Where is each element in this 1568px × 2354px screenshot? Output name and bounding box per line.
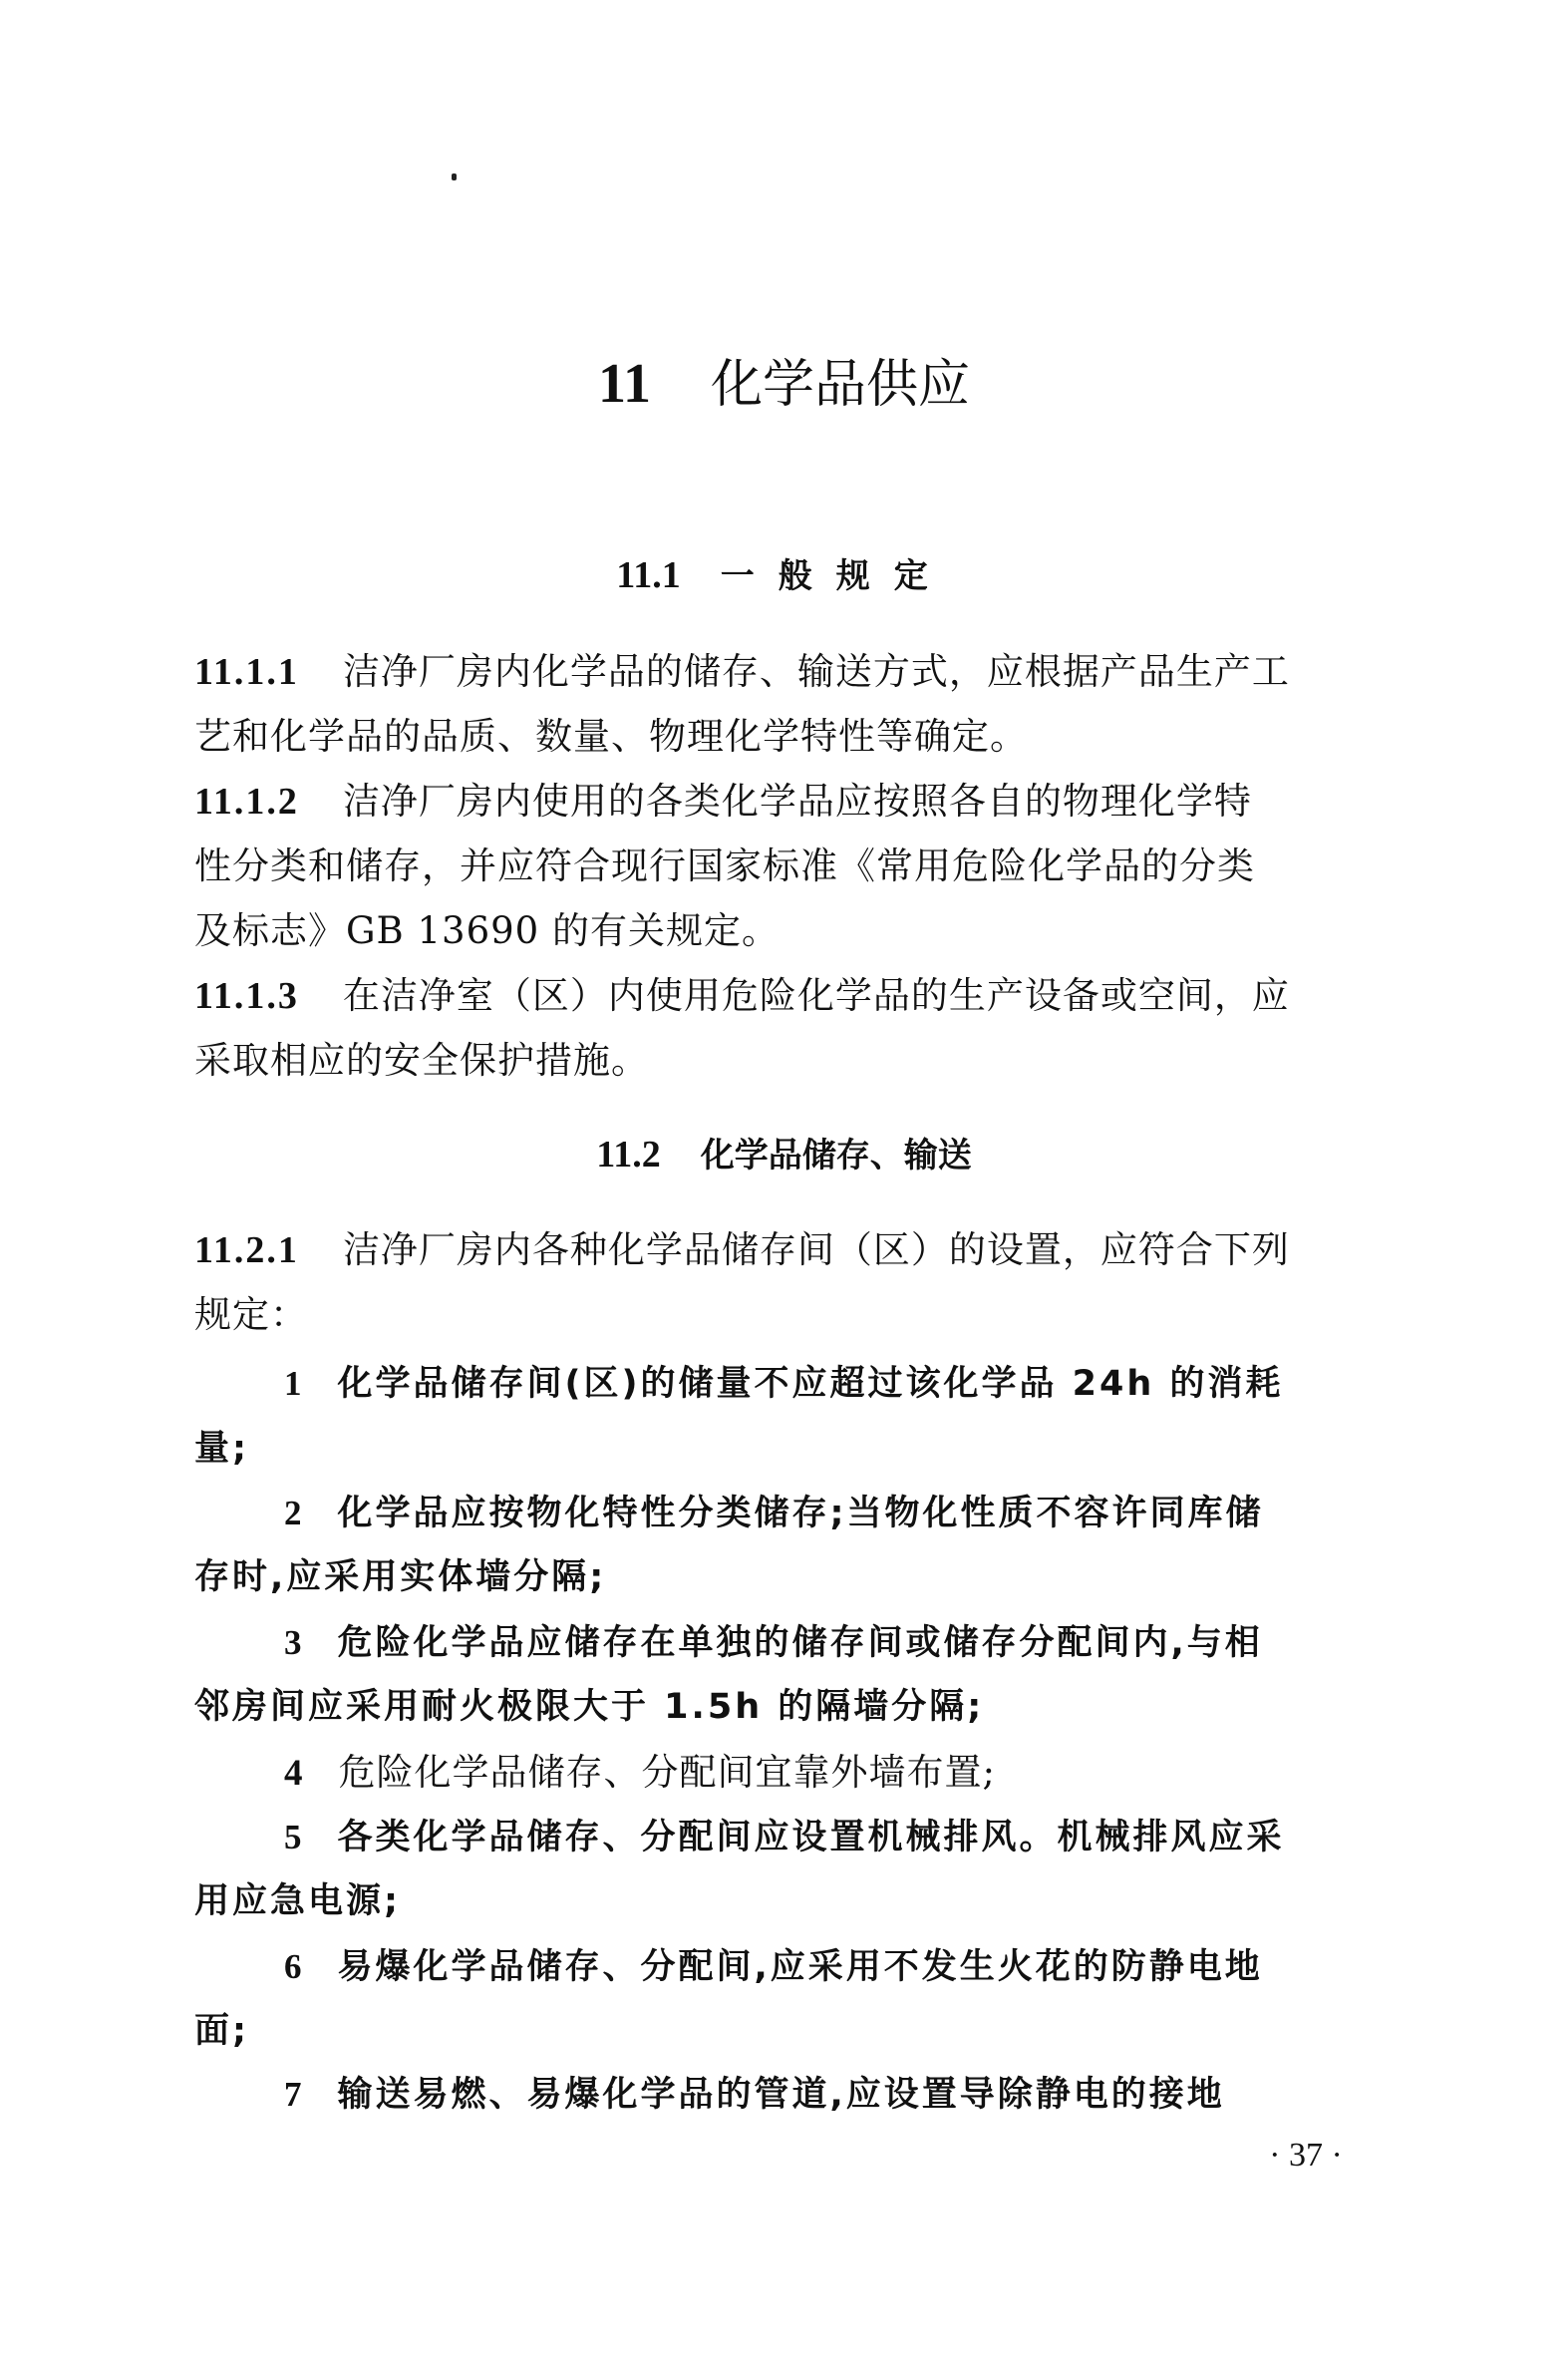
clause-text-line: 性分类和储存，并应符合现行国家标准《常用危险化学品的分类 <box>194 834 1396 898</box>
clause-text: 在洁净室（区）内使用危险化学品的生产设备或空间，应 <box>343 974 1290 1017</box>
item-number: 7 <box>284 2075 302 2114</box>
scan-speck <box>452 173 457 180</box>
list-item-7: 7输送易燃、易爆化学品的管道,应设置导除静电的接地 <box>284 2062 1396 2127</box>
item-number: 1 <box>284 1364 302 1403</box>
item-text: 各类化学品储存、分配间应设置机械排风。机械排风应采 <box>338 1818 1285 1857</box>
chapter-title-text: 化学品供应 <box>711 355 970 415</box>
section-number: 11.2 <box>596 1134 660 1176</box>
chapter-title: 11化学品供应 <box>0 349 1568 419</box>
section-number: 11.1 <box>616 554 680 596</box>
item-number: 6 <box>284 1947 302 1986</box>
clause-11-1-2: 11.1.2洁净厂房内使用的各类化学品应按照各自的物理化学特 <box>194 769 1396 834</box>
item-text: 化学品储存间(区)的储量不应超过该化学品 24h 的消耗 <box>338 1364 1284 1404</box>
page-number: · 37 · <box>1236 2134 1376 2178</box>
section-heading-11-1: 11.1一般规定 <box>0 550 1568 600</box>
item-text-line: 邻房间应采用耐火极限大于 1.5h 的隔墙分隔; <box>194 1675 1396 1740</box>
clause-11-1-3: 11.1.3在洁净室（区）内使用危险化学品的生产设备或空间，应 <box>194 963 1396 1028</box>
clause-number: 11.1.1 <box>194 651 299 693</box>
item-text: 易爆化学品储存、分配间,应采用不发生火花的防静电地 <box>338 1947 1263 1987</box>
clause-text-line: 及标志》GB 13690 的有关规定。 <box>194 898 1396 963</box>
section-heading-11-2: 11.2化学品储存、输送 <box>0 1130 1568 1179</box>
clause-text-line: 规定： <box>194 1282 1396 1347</box>
item-text: 化学品应按物化特性分类储存;当物化性质不容许同库储 <box>338 1494 1264 1533</box>
item-text: 危险化学品储存、分配间宜靠外墙布置; <box>339 1751 996 1794</box>
chapter-number: 11 <box>598 353 651 415</box>
clause-text: 洁净厂房内化学品的储存、输送方式，应根据产品生产工 <box>343 650 1290 693</box>
item-number: 3 <box>284 1623 302 1662</box>
item-number: 5 <box>284 1818 302 1856</box>
list-item-4: 4危险化学品储存、分配间宜靠外墙布置; <box>284 1740 1396 1805</box>
clause-text: 洁净厂房内各种化学品储存间（区）的设置，应符合下列 <box>343 1228 1290 1271</box>
list-item-5: 5各类化学品储存、分配间应设置机械排风。机械排风应采 <box>284 1805 1396 1869</box>
item-text-line: 存时,应采用实体墙分隔; <box>194 1545 1396 1610</box>
item-number: 4 <box>284 1753 303 1794</box>
list-item-2: 2化学品应按物化特性分类储存;当物化性质不容许同库储 <box>284 1481 1396 1545</box>
item-number: 2 <box>284 1494 302 1532</box>
clause-11-2-1: 11.2.1洁净厂房内各种化学品储存间（区）的设置，应符合下列 <box>194 1217 1396 1282</box>
item-text-line: 面; <box>194 1999 1396 2064</box>
clause-number: 11.2.1 <box>194 1229 299 1271</box>
clause-text-line: 艺和化学品的品质、数量、物理化学特性等确定。 <box>194 704 1396 769</box>
list-item-3: 3危险化学品应储存在单独的储存间或储存分配间内,与相 <box>284 1610 1396 1675</box>
clause-number: 11.1.3 <box>194 975 299 1017</box>
item-text: 危险化学品应储存在单独的储存间或储存分配间内,与相 <box>338 1623 1263 1663</box>
item-text: 输送易燃、易爆化学品的管道,应设置导除静电的接地 <box>338 2075 1225 2115</box>
section-title: 一般规定 <box>721 556 952 596</box>
clause-11-1-1: 11.1.1洁净厂房内化学品的储存、输送方式，应根据产品生产工 <box>194 639 1396 704</box>
list-item-6: 6易爆化学品储存、分配间,应采用不发生火花的防静电地 <box>284 1934 1396 1999</box>
section-title: 化学品储存、输送 <box>701 1136 972 1176</box>
clause-text-line: 采取相应的安全保护措施。 <box>194 1028 1396 1093</box>
clause-number: 11.1.2 <box>194 781 299 823</box>
item-text-line: 用应急电源; <box>194 1869 1396 1934</box>
list-item-1: 1化学品储存间(区)的储量不应超过该化学品 24h 的消耗 <box>284 1351 1396 1416</box>
clause-text: 洁净厂房内使用的各类化学品应按照各自的物理化学特 <box>343 780 1252 823</box>
item-text-line: 量; <box>194 1417 1396 1482</box>
